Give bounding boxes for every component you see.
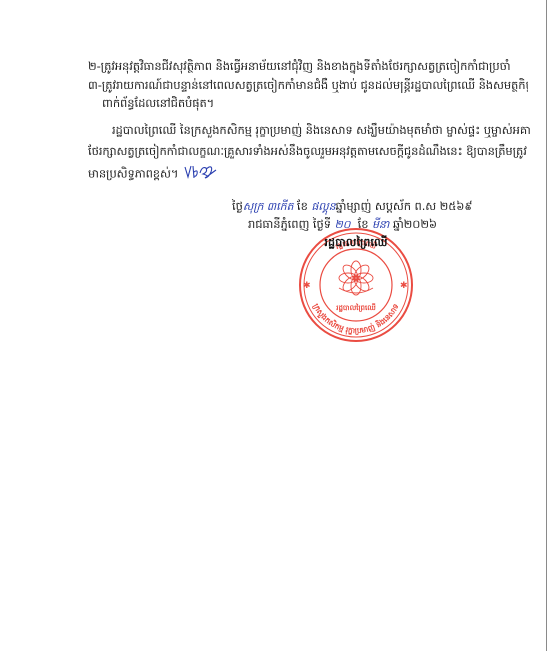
list-item-3: ៣-ត្រូវរាយការណ៍ជាបន្ទាន់នៅពេលសត្វត្រចៀកក… — [88, 77, 528, 93]
list-item-3-continuation: ពាក់ព័ន្ធដែលនៅជិតបំផុត។ — [102, 95, 214, 111]
lunar-year-text: ឆ្នាំម្សាញ់ សប្តស័ក ព.ស ២៥៦៩ — [335, 199, 472, 213]
lunar-day-handwritten: សុក្រ ៣កើត — [243, 200, 294, 213]
svg-text:✱: ✱ — [400, 281, 408, 291]
initials-signature-icon — [184, 164, 218, 184]
lunar-month-handwritten: ផល្គុន — [311, 200, 335, 213]
list-item-number: ៣- — [88, 78, 102, 92]
paragraph-line-2: ថែរក្សាសត្វត្រចៀកកាំជាលក្ខណៈគ្រួសារទាំងអ… — [88, 143, 530, 159]
svg-text:រដ្ឋបាលព្រៃឈើ: រដ្ឋបាលព្រៃឈើ — [336, 303, 376, 312]
document-page: ២-ត្រូវអនុវត្តវិធានជីវសុវត្ថិភាព និងធ្វើ… — [0, 0, 549, 651]
list-item-2: ២-ត្រូវអនុវត្តវិធានជីវសុវត្ថិភាព និងធ្វើ… — [88, 58, 528, 74]
list-item-text: ត្រូវអនុវត្តវិធានជីវសុវត្ថិភាព និងធ្វើអន… — [101, 59, 511, 73]
paragraph-line-3-text: មានប្រសិទ្ធភាពខ្ពស់។ — [88, 167, 178, 181]
paragraph-line-3: មានប្រសិទ្ធភាពខ្ពស់។ — [88, 164, 218, 184]
list-item-text: ត្រូវរាយការណ៍ជាបន្ទាន់នៅពេលសត្វត្រចៀកកាំ… — [102, 78, 528, 92]
lunar-date-prefix: ថ្ងៃ — [232, 199, 243, 213]
page-edge-divider — [546, 0, 547, 651]
list-item-number: ២- — [88, 59, 101, 73]
seal-overprint-title: រដ្ឋបាលព្រៃឈើ — [300, 236, 412, 252]
svg-text:✱: ✱ — [303, 281, 311, 291]
lunar-month-label: ខែ — [297, 199, 308, 213]
paragraph-line-1: រដ្ឋបាលព្រៃឈើ នៃក្រសួងកសិកម្ម រុក្ខាប្រម… — [112, 122, 530, 138]
lunar-date-line: ថ្ងៃសុក្រ ៣កើត ខែ ផល្គុនឆ្នាំម្សាញ់ សប្ត… — [232, 198, 472, 215]
